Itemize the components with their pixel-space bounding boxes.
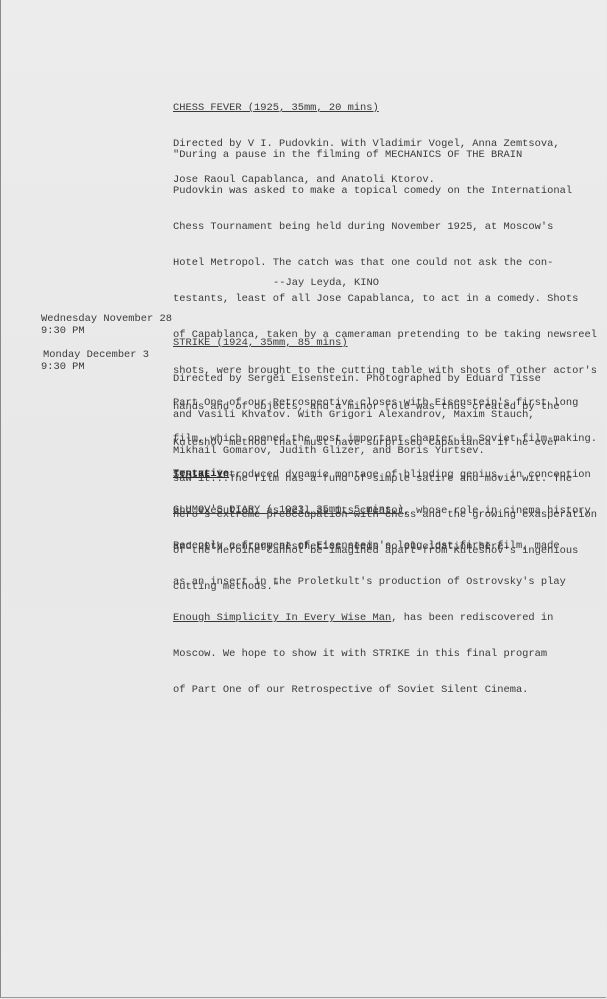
play-suffix: , has been rediscovered in — [391, 612, 553, 624]
quote-line: Chess Tournament being held during Novem… — [173, 221, 603, 233]
document-page: CHESS FEVER (1925, 35mm, 20 mins) Direct… — [0, 0, 606, 998]
screening-day: Wednesday November 28 — [41, 313, 172, 325]
film-title: STRIKE (1924, 35mm, 85 mins) — [173, 337, 603, 349]
description-line: of Part One of our Retrospective of Sovi… — [173, 684, 603, 696]
quote-line: testants, least of all Jose Capablanca, … — [173, 293, 603, 305]
glumov-entry: Tentative GLUMOV'S DIARY ( 1923, 35mm, 5… — [173, 444, 603, 720]
screening-time: 9:30 PM — [41, 361, 85, 373]
quote-line: Pudovkin was asked to make a topical com… — [173, 185, 603, 197]
play-title: Enough Simplicity In Every Wise Man — [173, 612, 391, 624]
quote-attribution: --Jay Leyda, KINO — [273, 277, 379, 289]
quote-line: "During a pause in the filming of MECHAN… — [173, 149, 603, 161]
film-title: GLUMOV'S DIARY ( 1923, 35mm, 5 mins.) — [173, 504, 603, 516]
description-line: Enough Simplicity In Every Wise Man, has… — [173, 612, 603, 624]
screening-time: 9:30 PM — [41, 325, 85, 337]
quote-line: Hotel Metropol. The catch was that one c… — [173, 257, 603, 269]
description-line: Recently a fragment of Eisenstein's long… — [173, 540, 603, 552]
tentative-label: Tentative — [173, 468, 603, 480]
film-title: CHESS FEVER (1925, 35mm, 20 mins) — [173, 102, 603, 114]
description-line: Part One of our Retrospective closes wit… — [173, 397, 603, 409]
description-line: as an insert in the Proletkult's product… — [173, 576, 603, 588]
description-line: Moscow. We hope to show it with STRIKE i… — [173, 648, 603, 660]
screening-day: Monday December 3 — [43, 349, 149, 361]
